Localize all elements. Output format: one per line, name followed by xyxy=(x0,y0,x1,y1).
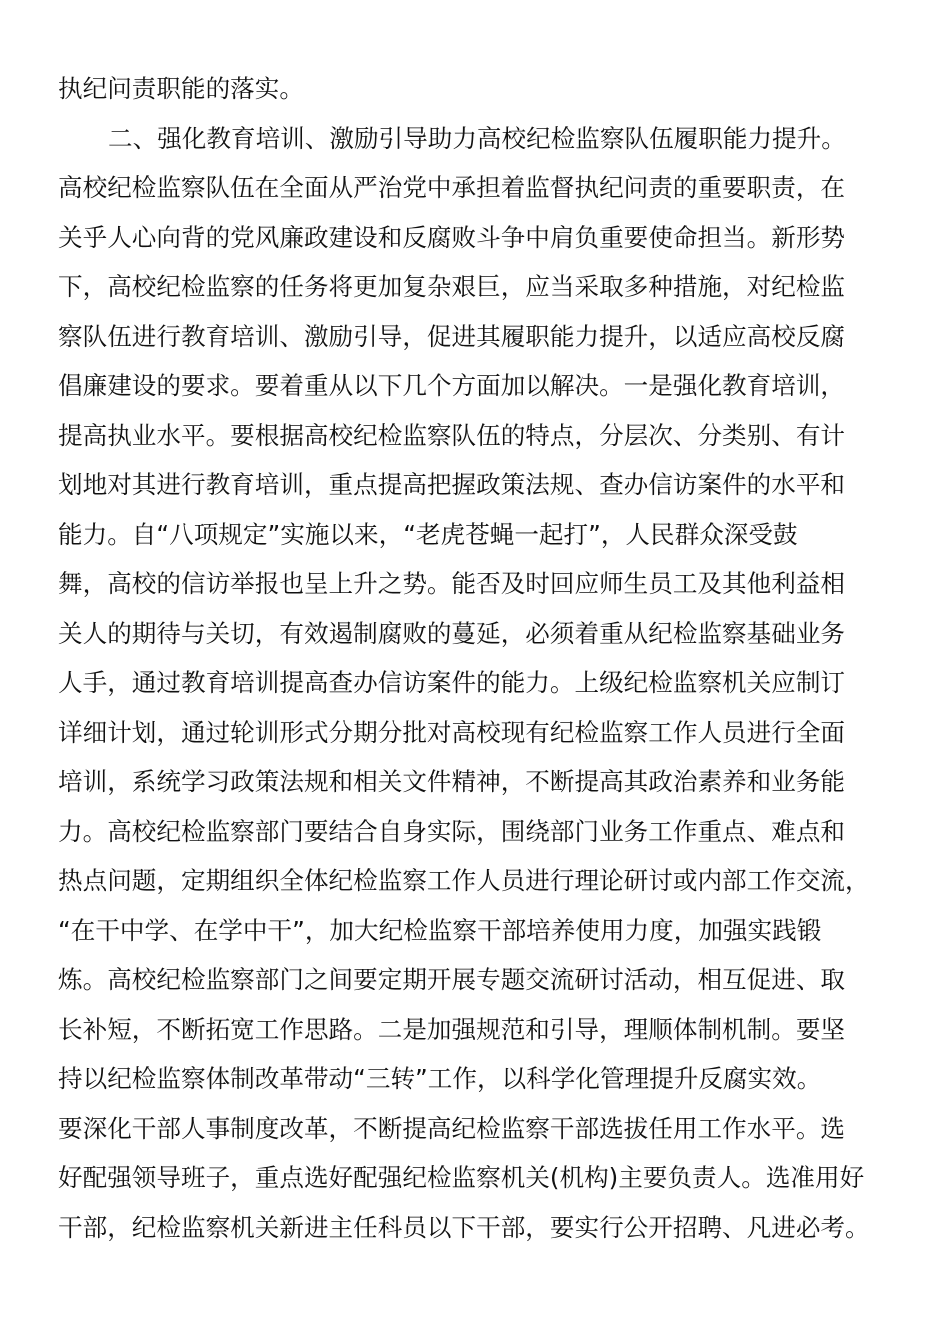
text-line-15: 培训，系统学习政策法规和相关文件精神，不断提高其政治素养和业务能 xyxy=(58,757,892,807)
text-line-18: “在干中学、在学中干”，加大纪检监察干部培养使用力度，加强实践锻 xyxy=(58,906,892,956)
text-line-11: 舞，高校的信访举报也呈上升之势。能否及时回应师生员工及其他利益相 xyxy=(58,559,892,609)
text-line-8: 提高执业水平。要根据高校纪检监察队伍的特点，分层次、分类别、有计 xyxy=(58,411,892,461)
text-line-14: 详细计划，通过轮训形式分期分批对高校现有纪检监察工作人员进行全面 xyxy=(58,708,892,758)
text-line-16: 力。高校纪检监察部门要结合自身实际，围绕部门业务工作重点、难点和 xyxy=(58,807,892,857)
text-line-22: 要深化干部人事制度改革，不断提高纪检监察干部选拔任用工作水平。选 xyxy=(58,1104,892,1154)
text-line-21: 持以纪检监察体制改革带动“三转”工作，以科学化管理提升反腐实效。 xyxy=(58,1054,892,1104)
text-line-7: 倡廉建设的要求。要着重从以下几个方面加以解决。一是强化教育培训， xyxy=(58,361,892,411)
text-line-9: 划地对其进行教育培训，重点提高把握政策法规、查办信访案件的水平和 xyxy=(58,460,892,510)
text-line-12: 关人的期待与关切，有效遏制腐败的蔓延，必须着重从纪检监察基础业务 xyxy=(58,609,892,659)
section-heading-2: 二、强化教育培训、激励引导助力高校纪检监察队伍履职能力提升。 xyxy=(58,114,892,164)
text-line-6: 察队伍进行教育培训、激励引导，促进其履职能力提升，以适应高校反腐 xyxy=(58,312,892,362)
text-line-17: 热点问题，定期组织全体纪检监察工作人员进行理论研讨或内部工作交流， xyxy=(58,856,892,906)
text-line-10: 能力。自“八项规定”实施以来，“老虎苍蝇一起打”，人民群众深受鼓 xyxy=(58,510,892,560)
text-line-4: 关乎人心向背的党风廉政建设和反腐败斗争中肩负重要使命担当。新形势 xyxy=(58,213,892,263)
text-line-5: 下，高校纪检监察的任务将更加复杂艰巨，应当采取多种措施，对纪检监 xyxy=(58,262,892,312)
text-line-20: 长补短，不断拓宽工作思路。二是加强规范和引导，理顺体制机制。要坚 xyxy=(58,1005,892,1055)
text-line-13: 人手，通过教育培训提高查办信访案件的能力。上级纪检监察机关应制订 xyxy=(58,658,892,708)
text-line-19: 炼。高校纪检监察部门之间要定期开展专题交流研讨活动，相互促进、取 xyxy=(58,955,892,1005)
document-page: 执纪问责职能的落实。 二、强化教育培训、激励引导助力高校纪检监察队伍履职能力提升… xyxy=(58,64,892,1252)
text-line-23: 好配强领导班子，重点选好配强纪检监察机关(机构)主要负责人。选准用好 xyxy=(58,1153,892,1203)
text-line-24: 干部，纪检监察机关新进主任科员以下干部，要实行公开招聘、凡进必考。 xyxy=(58,1203,892,1253)
text-line-3: 高校纪检监察队伍在全面从严治党中承担着监督执纪问责的重要职责，在 xyxy=(58,163,892,213)
text-line-1: 执纪问责职能的落实。 xyxy=(58,64,892,114)
